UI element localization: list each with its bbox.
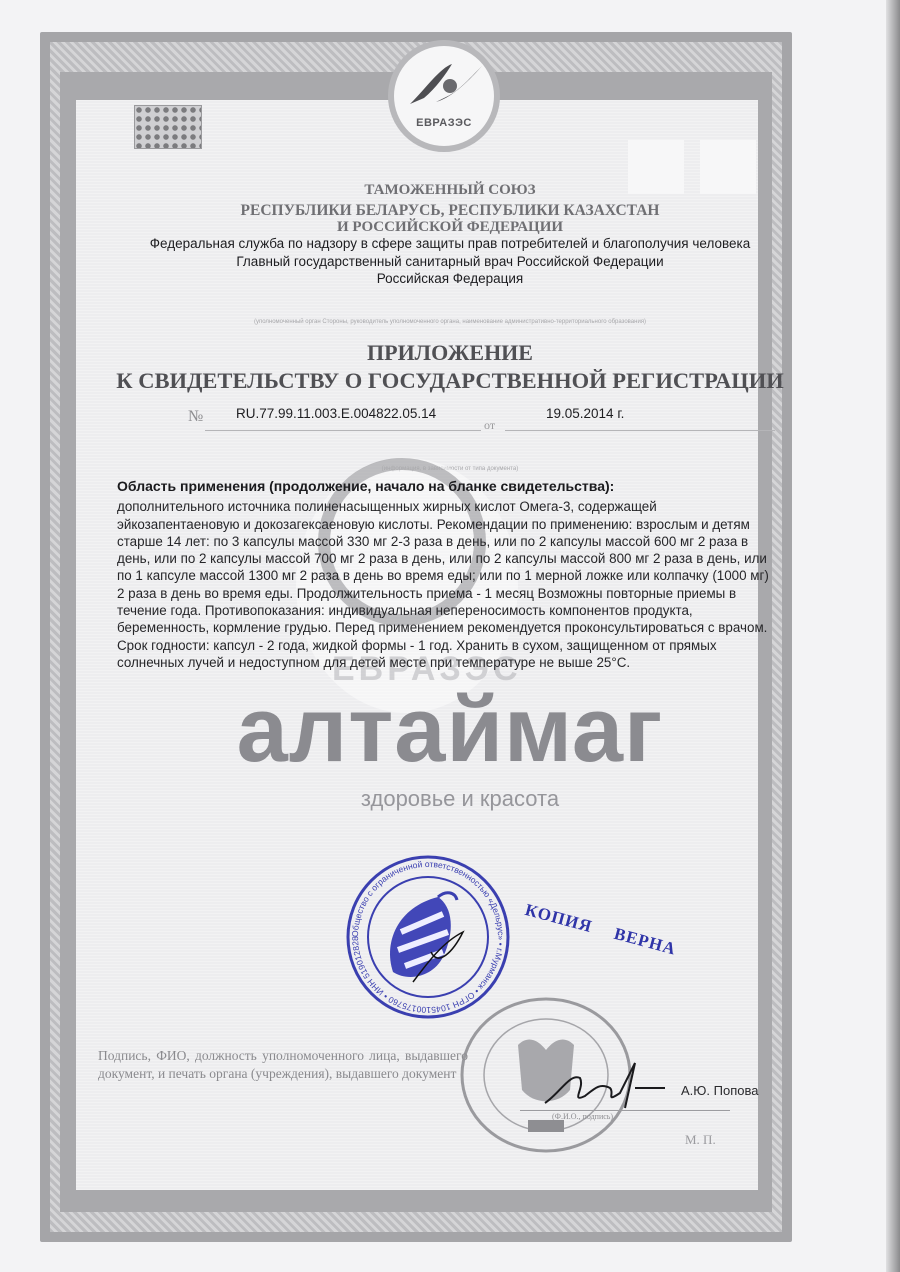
- eurasec-swoosh-icon: [406, 58, 486, 108]
- document-subtitle: К СВИДЕТЕЛЬСТВУ О ГОСУДАРСТВЕННОЙ РЕГИСТ…: [0, 368, 900, 394]
- union-federation: И РОССИЙСКОЙ ФЕДЕРАЦИИ: [0, 219, 900, 236]
- scope-text: дополнительного источника полиненасыщенн…: [117, 498, 777, 671]
- underline: [505, 430, 775, 431]
- official-title: Главный государственный санитарный врач …: [0, 254, 900, 269]
- agency-name: Федеральная служба по надзору в сфере за…: [0, 236, 900, 251]
- watermark-brand: алтаймаг: [0, 680, 900, 780]
- emblem-label: ЕВРАЗЭС: [388, 117, 500, 129]
- registration-number: RU.77.99.11.003.E.004822.05.14: [236, 406, 436, 421]
- signature-line: [520, 1110, 730, 1111]
- signature-icon: [540, 1058, 670, 1118]
- scope-heading: Область применения (продолжение, начало …: [117, 478, 777, 495]
- signatory-name: А.Ю. Попова: [681, 1083, 758, 1098]
- application-scope: Область применения (продолжение, начало …: [117, 478, 777, 671]
- union-title: ТАМОЖЕННЫЙ СОЮЗ: [0, 182, 900, 199]
- number-label: №: [188, 408, 203, 426]
- country-name: Российская Федерация: [0, 271, 900, 286]
- seal-place-label: М. П.: [685, 1132, 716, 1148]
- registration-row: № RU.77.99.11.003.E.004822.05.14 от 19.0…: [0, 406, 900, 436]
- signature-field-label: Подпись, ФИО, должность уполномоченного …: [98, 1047, 468, 1083]
- ornament-pattern: [134, 105, 202, 149]
- watermark-tagline: здоровье и красота: [0, 786, 900, 812]
- date-label: от: [484, 418, 495, 433]
- fio-hint: (Ф.И.О., подпись): [552, 1112, 613, 1121]
- registration-date: 19.05.2014 г.: [546, 406, 624, 421]
- underline: [205, 430, 481, 431]
- document-title: ПРИЛОЖЕНИЕ: [0, 340, 900, 366]
- authority-hint: (уполномоченный орган Стороны, руководит…: [0, 319, 900, 325]
- union-members: РЕСПУБЛИКИ БЕЛАРУСЬ, РЕСПУБЛИКИ КАЗАХСТА…: [0, 202, 900, 220]
